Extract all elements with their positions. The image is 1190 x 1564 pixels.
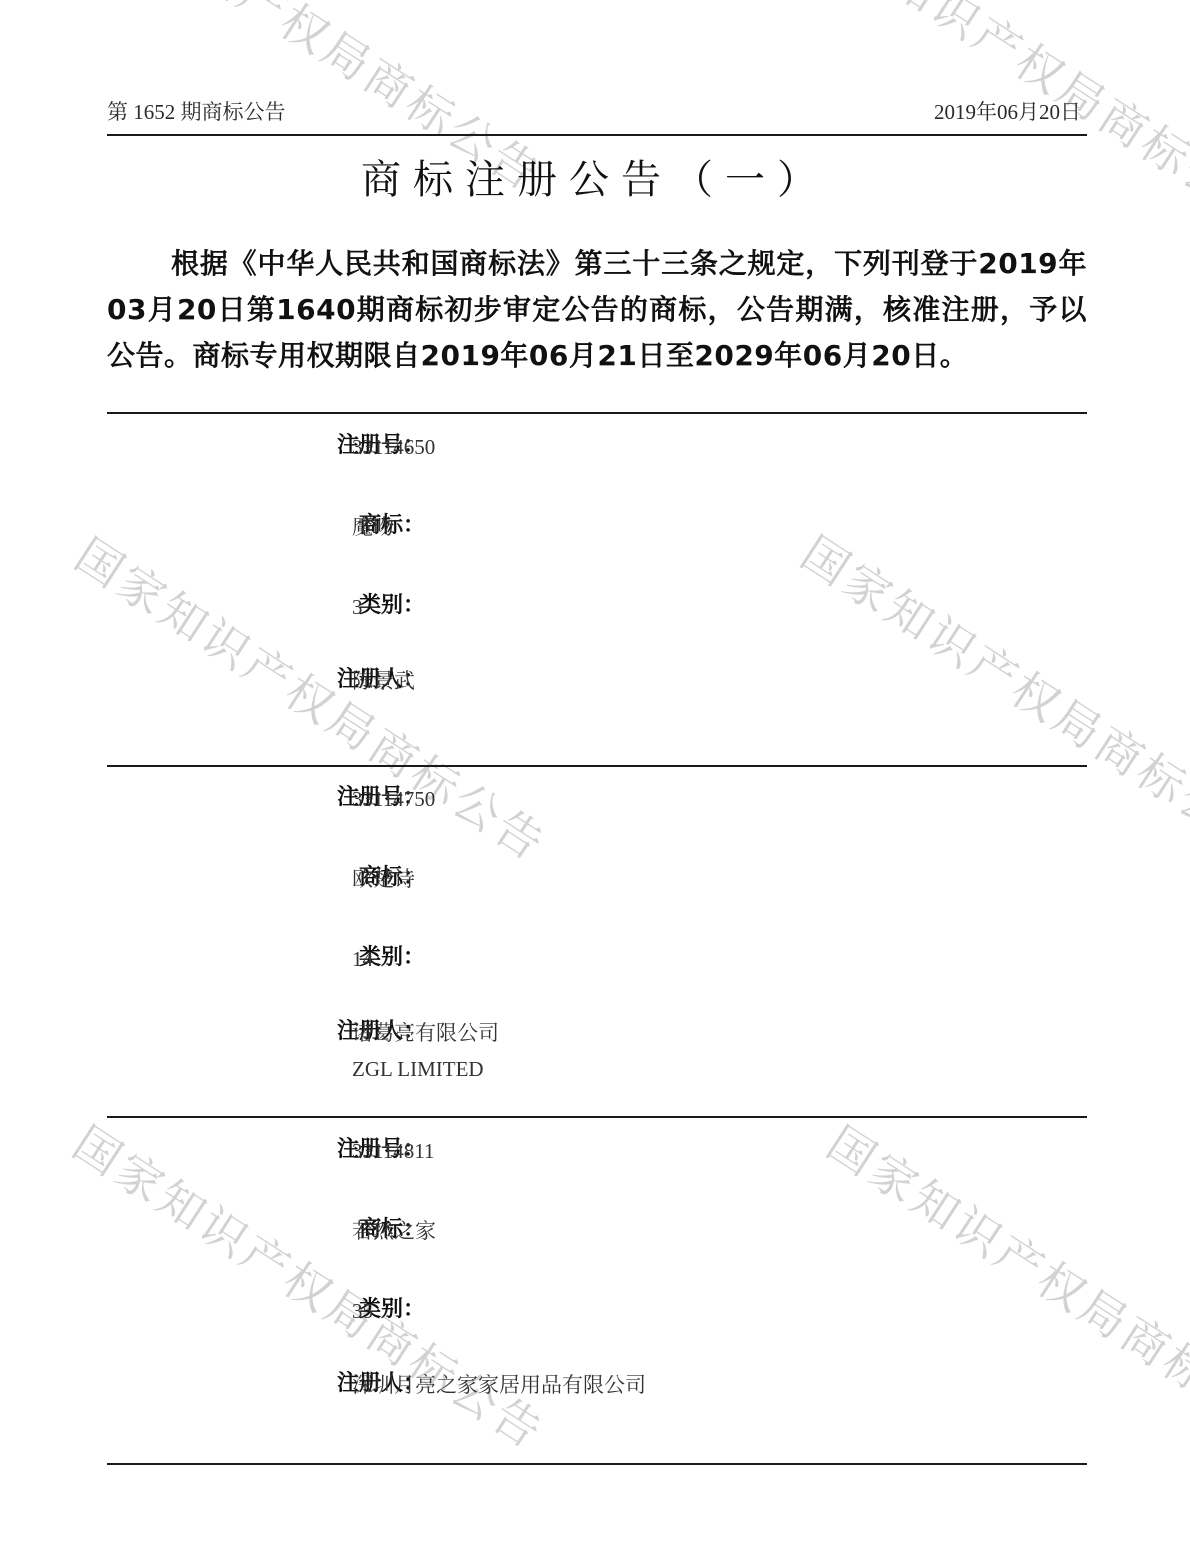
issue-date: 2019年06月20日 [934, 96, 1081, 126]
registrant-name: 陈景武 [352, 663, 415, 699]
entry-divider [107, 1463, 1087, 1465]
reg-no-value: 33114750 [352, 781, 435, 817]
mark-field: 商标： 欧楚诗 [107, 860, 1087, 900]
reg-no-field: 注册号： 33114811 [107, 1132, 1087, 1172]
class-field: 类别： 3 [107, 588, 1087, 628]
mark-field: 商标： 魔吻 [107, 508, 1087, 548]
class-field: 类别： 35 [107, 1292, 1087, 1332]
mark-value: 魔吻 [352, 509, 394, 545]
class-value: 35 [352, 1293, 373, 1329]
class-value: 14 [352, 941, 373, 977]
running-head: 第 1652 期商标公告 2019年06月20日 [107, 96, 1085, 130]
gazette-page: 国家知识产权局商标公告 国家知识产权局商标公告 国家知识产权局商标公告 国家知识… [0, 0, 1190, 1564]
registrant-name-en: ZGL LIMITED [352, 1051, 499, 1087]
registrant-name: 深圳月亮之家家居用品有限公司 [352, 1367, 646, 1403]
registrant-value: 陈景武 [352, 663, 415, 699]
mark-value: 若然之家 [352, 1213, 436, 1249]
class-field: 类别： 14 [107, 940, 1087, 980]
entry-divider [107, 1116, 1087, 1118]
registrant-value: 诸葛亮有限公司 ZGL LIMITED [352, 1015, 499, 1087]
registrant-field: 注册人： 陈景武 [107, 662, 1087, 702]
registrant-value: 深圳月亮之家家居用品有限公司 [352, 1367, 646, 1403]
page-title: 商标注册公告（一） [0, 148, 1190, 205]
entry-divider [107, 765, 1087, 767]
registrant-field: 注册人： 深圳月亮之家家居用品有限公司 [107, 1366, 1087, 1406]
class-label: 类别： [359, 588, 425, 619]
mark-field: 商标： 若然之家 [107, 1212, 1087, 1252]
reg-no-field: 注册号： 33114750 [107, 780, 1087, 820]
entry-divider [107, 412, 1087, 414]
header-rule [107, 134, 1087, 136]
reg-no-value: 33114811 [352, 1133, 434, 1169]
issue-label: 第 1652 期商标公告 [107, 96, 286, 126]
reg-no-value: 33114650 [352, 429, 435, 465]
reg-no-field: 注册号： 33114650 [107, 428, 1087, 468]
class-value: 3 [352, 589, 363, 625]
registrant-name: 诸葛亮有限公司 [352, 1015, 499, 1051]
intro-paragraph: 根据《中华人民共和国商标法》第三十三条之规定，下列刊登于2019年03月20日第… [107, 241, 1087, 379]
registrant-field: 注册人： 诸葛亮有限公司 ZGL LIMITED [107, 1014, 1087, 1054]
mark-value: 欧楚诗 [352, 861, 415, 897]
